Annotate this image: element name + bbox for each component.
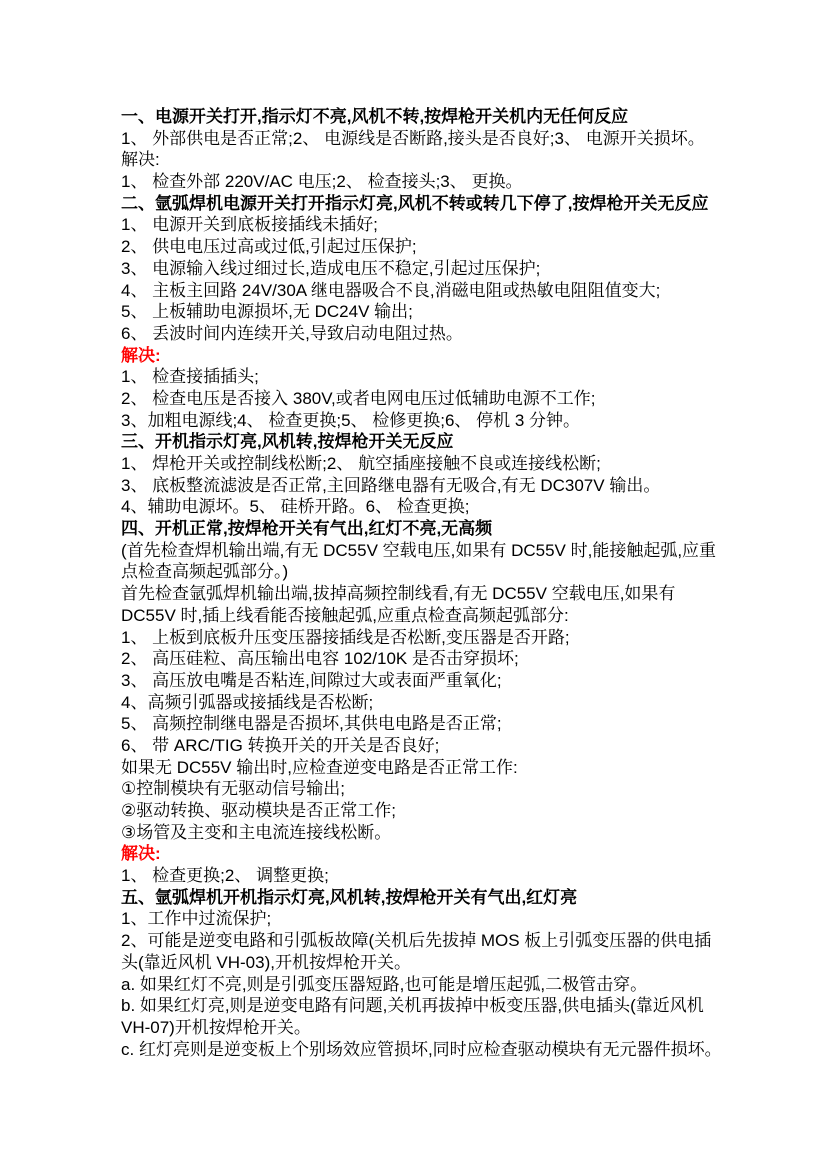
text-line: 2、 供电电压过高或过低,引起过压保护; xyxy=(121,236,781,258)
text-line: 5、 高频控制继电器是否损坏,其供电电路是否正常; xyxy=(121,713,781,735)
text-line: ③场管及主变和主电流连接线松断。 xyxy=(121,822,781,844)
text-line: VH-07)开机按焊枪开关。 xyxy=(121,1017,781,1039)
text-line: 3、 底板整流滤波是否正常,主回路继电器有无吸合,有无 DC307V 输出。 xyxy=(121,475,781,497)
text-line: ②驱动转换、驱动模块是否正常工作; xyxy=(121,800,781,822)
document-page: 一、电源开关打开,指示灯不亮,风机不转,按焊枪开关机内无任何反应1、 外部供电是… xyxy=(0,0,826,1169)
solve-label: 解决: xyxy=(121,843,781,865)
text-line: 解决: xyxy=(121,149,781,171)
text-line: 4、辅助电源坏。5、 硅桥开路。6、 检查更换; xyxy=(121,496,781,518)
text-line: c. 红灯亮则是逆变板上个别场效应管损坏,同时应检查驱动模块有无元器件损坏。 xyxy=(121,1039,781,1061)
text-line: a. 如果红灯不亮,则是引弧变压器短路,也可能是增压起弧,二极管击穿。 xyxy=(121,974,781,996)
solve-label: 解决: xyxy=(121,345,781,367)
text-line: 4、高频引弧器或接插线是否松断; xyxy=(121,692,781,714)
text-line: 3、加粗电源线;4、 检查更换;5、 检修更换;6、 停机 3 分钟。 xyxy=(121,410,781,432)
text-line: 3、 高压放电嘴是否粘连,间隙过大或表面严重氧化; xyxy=(121,670,781,692)
text-line: DC55V 时,插上线看能否接触起弧,应重点检查高频起弧部分: xyxy=(121,605,781,627)
troubleshooting-text-block: 一、电源开关打开,指示灯不亮,风机不转,按焊枪开关机内无任何反应1、 外部供电是… xyxy=(121,106,781,1060)
text-line: ①控制模块有无驱动信号输出; xyxy=(121,778,781,800)
text-line: 2、 高压硅粒、高压输出电容 102/10K 是否击穿损坏; xyxy=(121,648,781,670)
section-heading: 三、开机指示灯亮,风机转,按焊枪开关无反应 xyxy=(121,431,781,453)
text-line: 2、 检查电压是否接入 380V,或者电网电压过低辅助电源不工作; xyxy=(121,388,781,410)
text-line: 1、 上板到底板升压变压器接插线是否松断,变压器是否开路; xyxy=(121,627,781,649)
text-line: 6、 丢波时间内连续开关,导致启动电阻过热。 xyxy=(121,323,781,345)
text-line: 1、 外部供电是否正常;2、 电源线是否断路,接头是否良好;3、 电源开关损坏。 xyxy=(121,128,781,150)
section-heading: 五、氩弧焊机开机指示灯亮,风机转,按焊枪开关有气出,红灯亮 xyxy=(121,887,781,909)
section-heading: 一、电源开关打开,指示灯不亮,风机不转,按焊枪开关机内无任何反应 xyxy=(121,106,781,128)
text-line: 如果无 DC55V 输出时,应检查逆变电路是否正常工作: xyxy=(121,757,781,779)
text-line: 1、 检查更换;2、 调整更换; xyxy=(121,865,781,887)
text-line: 3、 电源输入线过细过长,造成电压不稳定,引起过压保护; xyxy=(121,258,781,280)
text-line: 头(靠近风机 VH-03),开机按焊枪开关。 xyxy=(121,952,781,974)
text-line: 1、工作中过流保护; xyxy=(121,908,781,930)
text-line: 4、 主板主回路 24V/30A 继电器吸合不良,消磁电阻或热敏电阻阻值变大; xyxy=(121,280,781,302)
text-line: 点检查高频起弧部分。) xyxy=(121,561,781,583)
text-line: 6、 带 ARC/TIG 转换开关的开关是否良好; xyxy=(121,735,781,757)
section-heading: 四、开机正常,按焊枪开关有气出,红灯不亮,无高频 xyxy=(121,518,781,540)
text-line: 首先检查氩弧焊机输出端,拔掉高频控制线看,有无 DC55V 空载电压,如果有 xyxy=(121,583,781,605)
text-line: 1、 检查外部 220V/AC 电压;2、 检查接头;3、 更换。 xyxy=(121,171,781,193)
text-line: 1、 检查接插插头; xyxy=(121,366,781,388)
text-line: 2、可能是逆变电路和引弧板故障(关机后先拔掉 MOS 板上引弧变压器的供电插 xyxy=(121,930,781,952)
text-line: 5、 上板辅助电源损坏,无 DC24V 输出; xyxy=(121,301,781,323)
text-line: (首先检查焊机输出端,有无 DC55V 空载电压,如果有 DC55V 时,能接触… xyxy=(121,540,781,562)
text-line: b. 如果红灯亮,则是逆变电路有问题,关机再拔掉中板变压器,供电插头(靠近风机 xyxy=(121,995,781,1017)
text-line: 1、 焊枪开关或控制线松断;2、 航空插座接触不良或连接线松断; xyxy=(121,453,781,475)
section-heading: 二、氩弧焊机电源开关打开指示灯亮,风机不转或转几下停了,按焊枪开关无反应 xyxy=(121,193,781,215)
text-line: 1、 电源开关到底板接插线未插好; xyxy=(121,214,781,236)
